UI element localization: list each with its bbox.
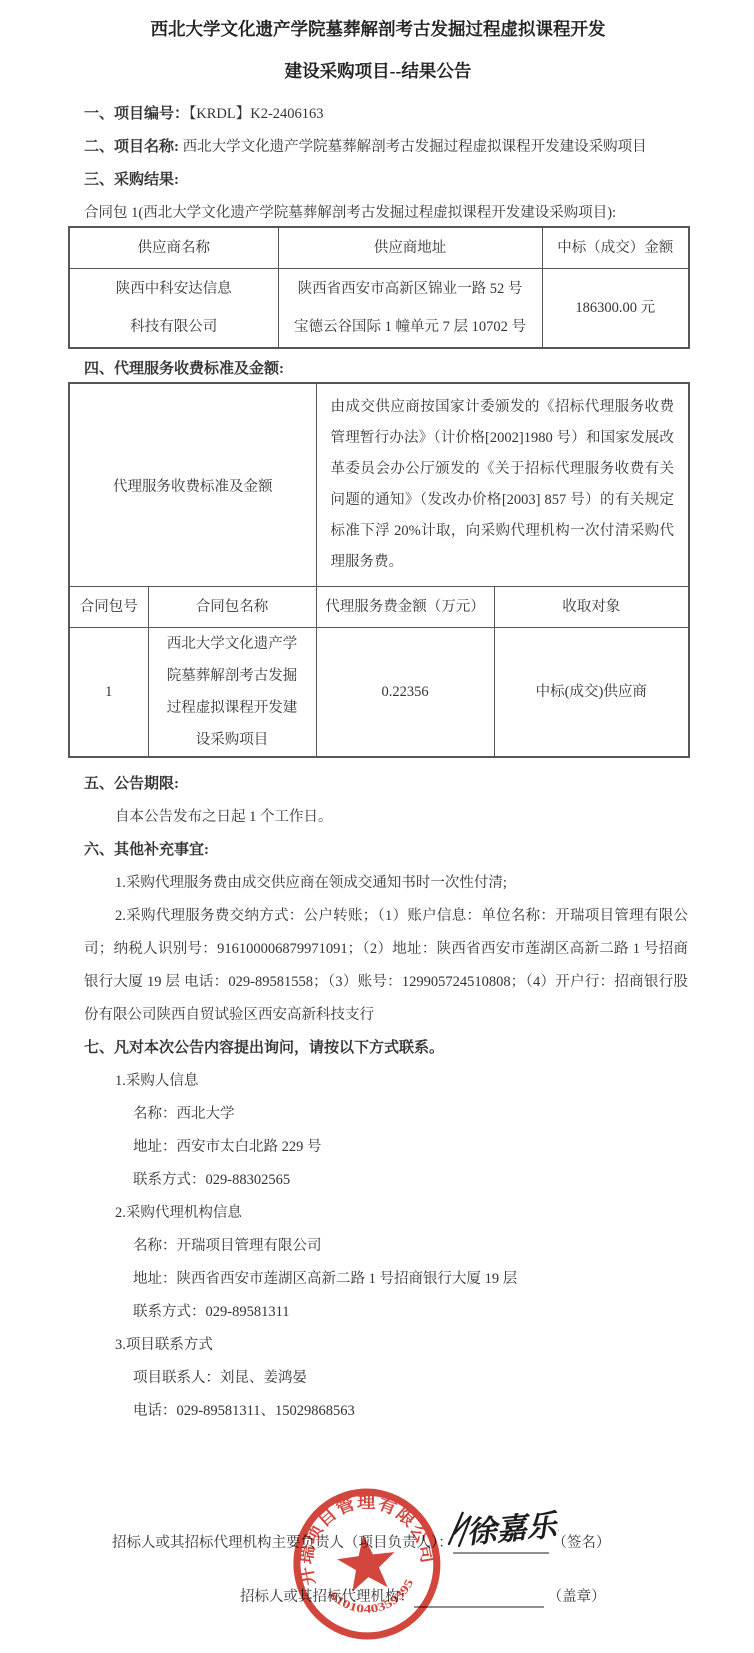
section-supplementary-heading: 六、其他补充事宜:	[68, 834, 688, 867]
result-package-intro: 合同包 1(西北大学文化遗产学院墓葬解剖考古发掘过程虚拟课程开发建设采购项目):	[68, 197, 688, 230]
purchaser-info-heading: 1.采购人信息	[68, 1065, 688, 1098]
project-contact-phone: 电话：029-89581311、15029868563	[68, 1395, 688, 1428]
document-title-line2: 建设采购项目--结果公告	[68, 56, 688, 86]
fee-header-fee-amount: 代理服务费金额（万元）	[316, 587, 494, 628]
signature-line-1-suffix: （签名）	[552, 1535, 610, 1551]
package-no-cell: 1	[69, 628, 148, 758]
fee-header-payer: 收取对象	[494, 587, 689, 628]
page: { "colors": {"stamp_red": "#cf3127", "te…	[0, 0, 754, 1653]
section-project-number: 一、项目编号：【KRDL】K2-2406163	[68, 98, 688, 131]
announcement-period-text: 自本公告发布之日起 1 个工作日。	[68, 801, 688, 834]
award-amount-cell: 186300.00 元	[542, 269, 689, 349]
supplier-name-line1: 陕西中科安达信息	[70, 270, 278, 308]
agency-address: 地址：陕西省西安市莲湖区高新二路 1 号招商银行大厦 19 层	[68, 1263, 688, 1296]
supplementary-item-2: 2.采购代理服务费交纳方式：公户转账；（1）账户信息：单位名称：开瑞项目管理有限…	[68, 900, 688, 1032]
result-header-supplier-name: 供应商名称	[69, 227, 278, 269]
section-announcement-period-heading: 五、公告期限:	[68, 768, 688, 801]
purchaser-name: 名称：西北大学	[68, 1098, 688, 1131]
document-body: 西北大学文化遗产学院墓葬解剖考古发掘过程虚拟课程开发 建设采购项目--结果公告 …	[68, 14, 688, 1428]
section-project-number-label: 一、项目编号：	[84, 106, 189, 122]
stamp-star-icon	[335, 1531, 399, 1593]
handwritten-signature: 徐嘉乐、	[441, 1500, 559, 1556]
result-header-amount: 中标（成交）金额	[542, 227, 689, 269]
agency-fee-header-row: 合同包号 合同包名称 代理服务费金额（万元） 收取对象	[69, 587, 689, 628]
signature-text: 徐嘉乐、	[465, 1507, 559, 1550]
supplier-address-cell: 陕西省西安市高新区锦业一路 52 号 宝德云谷国际 1 幢单元 7 层 1070…	[278, 269, 542, 349]
section-project-name: 二、项目名称: 西北大学文化遗产学院墓葬解剖考古发掘过程虚拟课程开发建设采购项目	[68, 131, 688, 164]
project-number-value: 【KRDL】K2-2406163	[189, 106, 324, 122]
supplier-name-line2: 科技有限公司	[70, 308, 278, 346]
supplier-address-line2: 宝德云谷国际 1 幢单元 7 层 10702 号	[279, 308, 542, 346]
section-result-heading: 三、采购结果:	[68, 164, 688, 197]
result-table: 供应商名称 供应商地址 中标（成交）金额 陕西中科安达信息 科技有限公司 陕西省…	[68, 226, 690, 349]
package-name-cell: 西北大学文化遗产学院墓葬解剖考古发掘过程虚拟课程开发建设采购项目	[148, 628, 316, 758]
signature-underline: 徐嘉乐、	[453, 1536, 549, 1554]
project-contact-person: 项目联系人：刘昆、姜鸿晏	[68, 1362, 688, 1395]
supplier-address-line1: 陕西省西安市高新区锦业一路 52 号	[279, 270, 542, 308]
purchaser-address: 地址：西安市太白北路 229 号	[68, 1131, 688, 1164]
agency-info-heading: 2.采购代理机构信息	[68, 1197, 688, 1230]
agency-fee-table: 代理服务收费标准及金额 由成交供应商按国家计委颁发的《招标代理服务收费管理暂行办…	[68, 382, 690, 758]
agency-contact: 联系方式：029-89581311	[68, 1296, 688, 1329]
supplier-name-cell: 陕西中科安达信息 科技有限公司	[69, 269, 278, 349]
signature-line-2-suffix: （盖章）	[548, 1589, 606, 1605]
company-stamp: 开瑞项目管理有限公司 6101040359395	[291, 1486, 443, 1640]
stamp-number-text: 6101040359395	[326, 1575, 420, 1620]
supplementary-item-1: 1.采购代理服务费由成交供应商在领成交通知书时一次性付清;	[68, 867, 688, 900]
result-table-data-row: 陕西中科安达信息 科技有限公司 陕西省西安市高新区锦业一路 52 号 宝德云谷国…	[69, 269, 689, 349]
fee-standard-text-cell: 由成交供应商按国家计委颁发的《招标代理服务收费管理暂行办法》（计价格[2002]…	[316, 383, 689, 587]
fee-header-package-name: 合同包名称	[148, 587, 316, 628]
result-header-supplier-address: 供应商地址	[278, 227, 542, 269]
section-project-name-label: 二、项目名称:	[84, 139, 179, 155]
fee-amount-cell: 0.22356	[316, 628, 494, 758]
purchaser-contact: 联系方式：029-88302565	[68, 1164, 688, 1197]
project-contact-heading: 3.项目联系方式	[68, 1329, 688, 1362]
section-contact-heading: 七、凡对本次公告内容提出询问，请按以下方式联系。	[68, 1032, 688, 1065]
project-name-value: 西北大学文化遗产学院墓葬解剖考古发掘过程虚拟课程开发建设采购项目	[179, 139, 647, 155]
agency-fee-standard-row: 代理服务收费标准及金额 由成交供应商按国家计委颁发的《招标代理服务收费管理暂行办…	[69, 383, 689, 587]
agency-name: 名称：开瑞项目管理有限公司	[68, 1230, 688, 1263]
agency-fee-data-row: 1 西北大学文化遗产学院墓葬解剖考古发掘过程虚拟课程开发建设采购项目 0.223…	[69, 628, 689, 758]
fee-payer-cell: 中标(成交)供应商	[494, 628, 689, 758]
fee-standard-label-cell: 代理服务收费标准及金额	[69, 383, 316, 587]
result-table-header-row: 供应商名称 供应商地址 中标（成交）金额	[69, 227, 689, 269]
fee-header-package-no: 合同包号	[69, 587, 148, 628]
document-title-line1: 西北大学文化遗产学院墓葬解剖考古发掘过程虚拟课程开发	[68, 14, 688, 44]
